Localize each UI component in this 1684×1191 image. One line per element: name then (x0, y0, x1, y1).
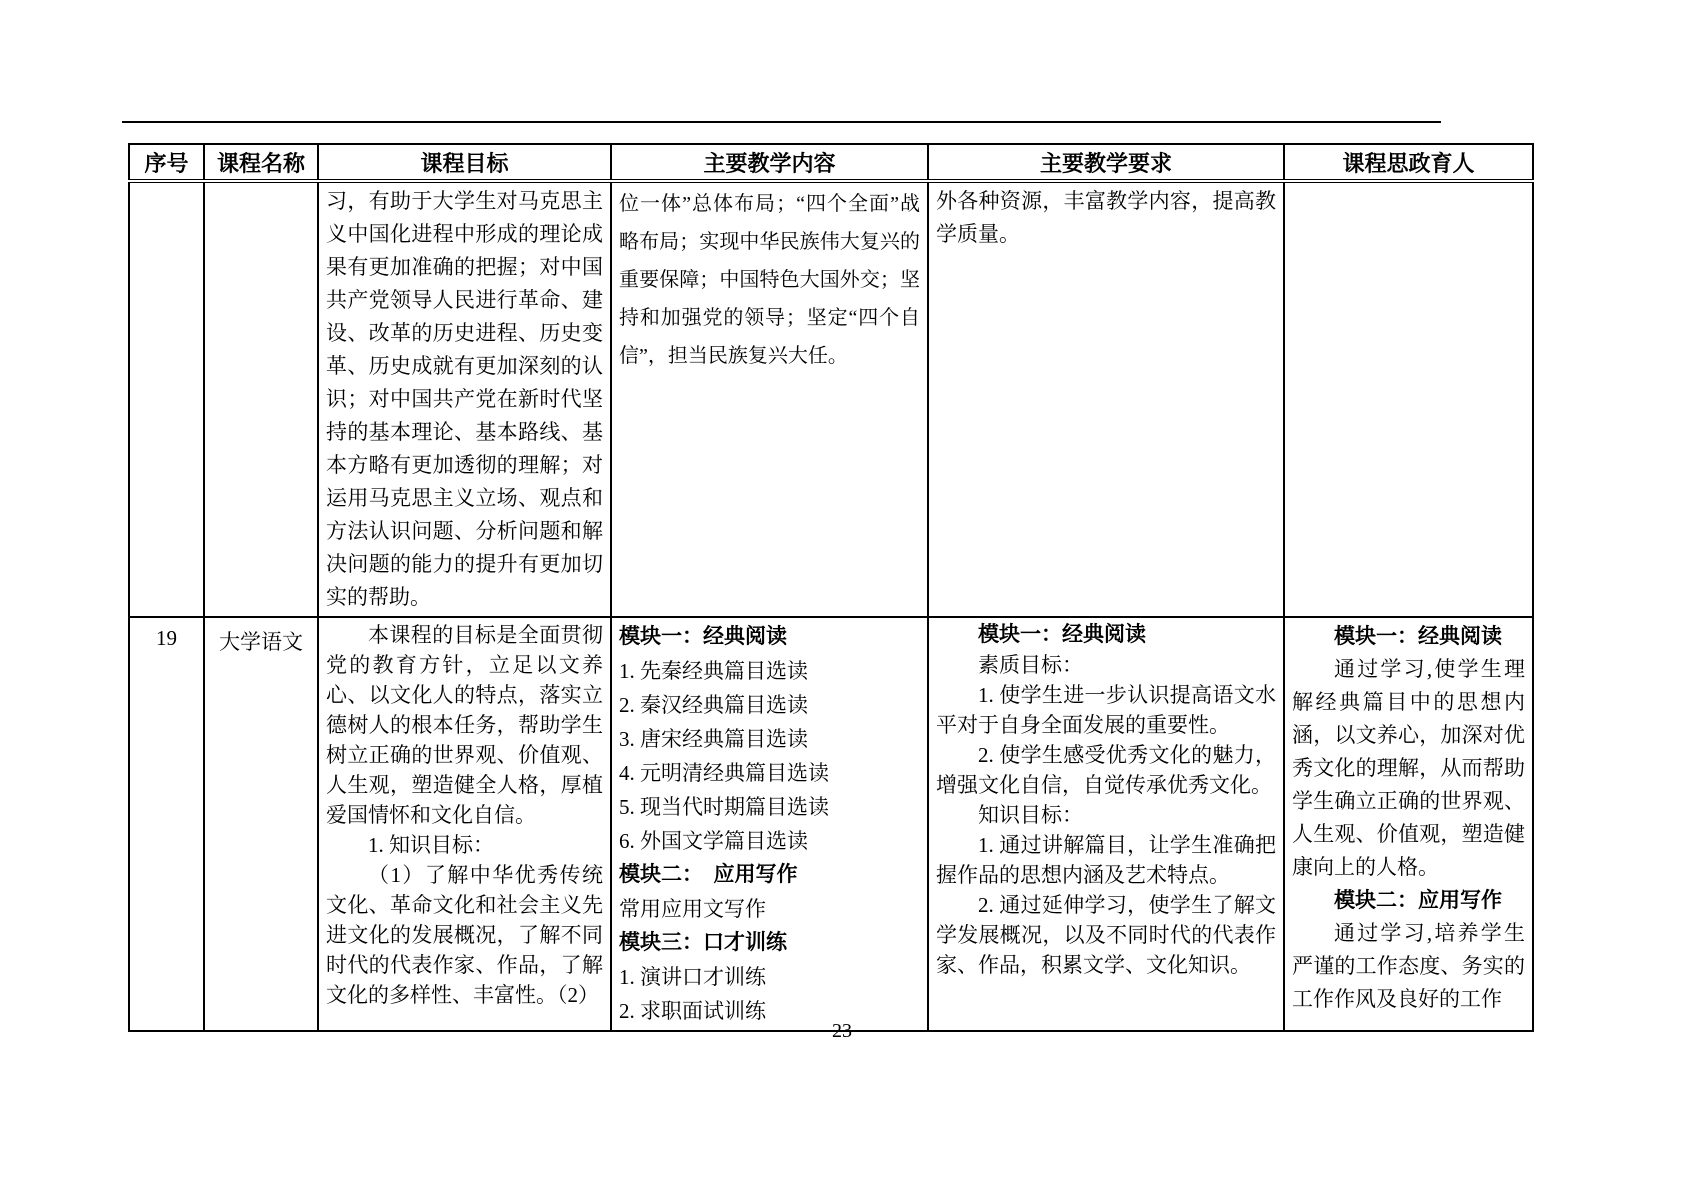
paragraph: 4. 元明清经典篇目选读 (619, 756, 920, 790)
module-heading: 模块三：口才训练 (619, 926, 920, 960)
paragraph: 1. 先秦经典篇目选读 (619, 654, 920, 688)
cell-objectives: 习，有助于大学生对马克思主义中国化进程中形成的理论成果有更加准确的把握；对中国共… (318, 181, 611, 617)
column-header: 课程思政育人 (1284, 144, 1533, 181)
paragraph: 3. 唐宋经典篇目选读 (619, 722, 920, 756)
column-header: 主要教学内容 (611, 144, 928, 181)
paragraph: 位一体”总体布局；“四个全面”战略布局；实现中华民族伟大复兴的重要保障；中国特色… (619, 185, 920, 375)
cell-ideology: 模块一：经典阅读通过学习,使学生理解经典篇目中的思想内涵，以文养心，加深对优秀文… (1284, 617, 1533, 1031)
page-header-rule (122, 121, 1441, 123)
page-number: 23 (0, 1020, 1684, 1043)
paragraph: 1. 演讲口才训练 (619, 960, 920, 994)
document-page: 序号课程名称课程目标主要教学内容主要教学要求课程思政育人 习，有助于大学生对马克… (0, 0, 1684, 1191)
table-header-row: 序号课程名称课程目标主要教学内容主要教学要求课程思政育人 (129, 144, 1533, 181)
paragraph: 常用应用文写作 (619, 892, 920, 926)
paragraph: 外各种资源，丰富教学内容，提高教学质量。 (936, 185, 1276, 251)
paragraph: 素质目标： (936, 650, 1276, 680)
paragraph: 5. 现当代时期篇目选读 (619, 790, 920, 824)
paragraph: 1. 通过讲解篇目，让学生准确把握作品的思想内涵及艺术特点。 (936, 830, 1276, 890)
cell-teaching-content: 位一体”总体布局；“四个全面”战略布局；实现中华民族伟大复兴的重要保障；中国特色… (611, 181, 928, 617)
paragraph: 本课程的目标是全面贯彻党的教育方针，立足以文养心、以文化人的特点，落实立德树人的… (326, 620, 603, 830)
paragraph: 2. 通过延伸学习，使学生了解文学发展概况，以及不同时代的代表作家、作品，积累文… (936, 890, 1276, 980)
cell-index (129, 181, 204, 617)
column-header: 主要教学要求 (928, 144, 1284, 181)
paragraph: 通过学习,使学生理解经典篇目中的思想内涵，以文养心，加深对优秀文化的理解，从而帮… (1292, 653, 1525, 884)
cell-teaching-requirements: 模块一：经典阅读素质目标：1. 使学生进一步认识提高语文水平对于自身全面发展的重… (928, 617, 1284, 1031)
cell-teaching-requirements: 外各种资源，丰富教学内容，提高教学质量。 (928, 181, 1284, 617)
cell-index: 19 (129, 617, 204, 1031)
cell-course-name: 大学语文 (204, 617, 318, 1031)
cell-teaching-content: 模块一：经典阅读1. 先秦经典篇目选读2. 秦汉经典篇目选读3. 唐宋经典篇目选… (611, 617, 928, 1031)
paragraph: 2. 秦汉经典篇目选读 (619, 688, 920, 722)
paragraph: 习，有助于大学生对马克思主义中国化进程中形成的理论成果有更加准确的把握；对中国共… (326, 185, 603, 614)
module-heading: 模块一：经典阅读 (619, 620, 920, 654)
paragraph: 2. 使学生感受优秀文化的魅力，增强文化自信，自觉传承优秀文化。 (936, 740, 1276, 800)
column-header: 课程目标 (318, 144, 611, 181)
module-heading: 模块二：应用写作 (1292, 884, 1525, 917)
table-row: 19大学语文本课程的目标是全面贯彻党的教育方针，立足以文养心、以文化人的特点，落… (129, 617, 1533, 1031)
column-header: 序号 (129, 144, 204, 181)
module-heading: 模块一：经典阅读 (1292, 620, 1525, 653)
paragraph: （1）了解中华优秀传统文化、革命文化和社会主义先进文化的发展概况，了解不同时代的… (326, 860, 603, 1010)
paragraph: 1. 使学生进一步认识提高语文水平对于自身全面发展的重要性。 (936, 680, 1276, 740)
paragraph: 通过学习,培养学生严谨的工作态度、务实的工作作风及良好的工作 (1292, 917, 1525, 1016)
cell-course-name (204, 181, 318, 617)
column-header: 课程名称 (204, 144, 318, 181)
module-heading: 模块二： 应用写作 (619, 858, 920, 892)
paragraph: 知识目标： (936, 800, 1276, 830)
cell-ideology (1284, 181, 1533, 617)
table-row: 习，有助于大学生对马克思主义中国化进程中形成的理论成果有更加准确的把握；对中国共… (129, 181, 1533, 617)
paragraph: 1. 知识目标： (326, 830, 603, 860)
cell-objectives: 本课程的目标是全面贯彻党的教育方针，立足以文养心、以文化人的特点，落实立德树人的… (318, 617, 611, 1031)
module-heading: 模块一：经典阅读 (936, 620, 1276, 650)
course-syllabus-table: 序号课程名称课程目标主要教学内容主要教学要求课程思政育人 习，有助于大学生对马克… (128, 143, 1534, 1032)
paragraph: 6. 外国文学篇目选读 (619, 824, 920, 858)
